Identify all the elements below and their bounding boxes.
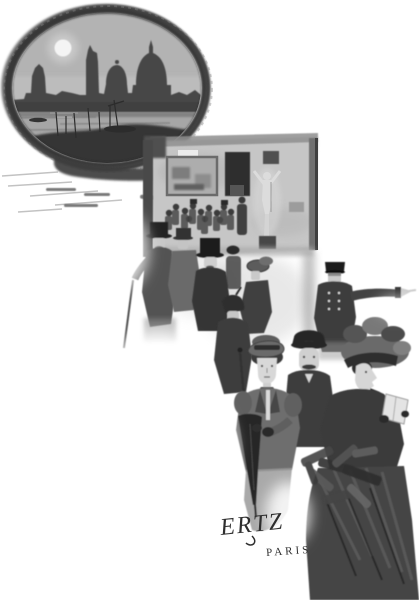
illustration-page: ERTZ PARIS (0, 0, 419, 600)
doorway-inner-light (230, 185, 244, 196)
moon (55, 40, 72, 57)
puffed-sleeve (234, 391, 252, 415)
wall-plaque (289, 202, 304, 212)
framed-painting (167, 157, 217, 195)
pointing-hand (401, 288, 412, 297)
puffed-sleeve (284, 393, 302, 417)
moustache (302, 365, 316, 370)
wall-right-outline (315, 138, 318, 250)
picture-label (178, 150, 198, 156)
engraving-illustration: ERTZ PARIS (0, 0, 419, 600)
skyline-reflection (14, 112, 202, 117)
kepi-cap (325, 262, 345, 271)
signature-city-text: PARIS (266, 544, 312, 559)
gloved-hand (252, 424, 262, 432)
small-frame (263, 151, 279, 164)
bowler-figure-mid (226, 246, 241, 290)
small-boat (29, 118, 47, 122)
fishing-boat (104, 126, 136, 133)
gloved-hand (262, 427, 274, 437)
